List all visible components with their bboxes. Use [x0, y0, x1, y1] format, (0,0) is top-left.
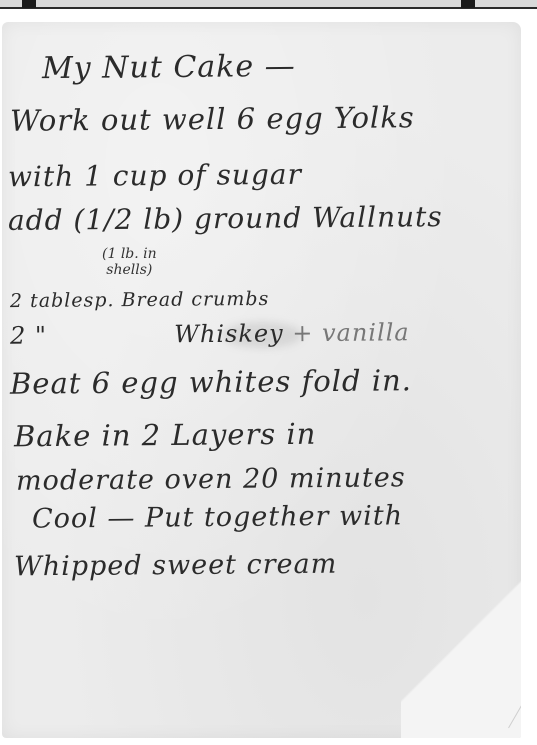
recipe-line-1: Work out well 6 egg Yolks	[10, 100, 415, 138]
recipe-line-9: Cool — Put together with	[32, 500, 403, 534]
scanner-edge	[0, 0, 537, 9]
scanner-clip-right	[461, 0, 475, 8]
recipe-line-6: Beat 6 egg whites fold in.	[10, 363, 412, 401]
recipe-line-10: Whipped sweet cream	[14, 549, 338, 583]
annotation-line-2: shells)	[102, 262, 157, 278]
line-5-vanilla: + vanilla	[292, 318, 410, 347]
walnut-annotation: (1 lb. in shells)	[102, 246, 157, 278]
recipe-card: My Nut Cake — Work out well 6 egg Yolks …	[2, 22, 521, 738]
recipe-line-4: 2 tablesp. Bread crumbs	[10, 288, 269, 312]
annotation-line-1: (1 lb. in	[102, 246, 157, 262]
recipe-title: My Nut Cake —	[42, 49, 296, 86]
recipe-line-5: 2 " Whiskey + vanilla	[10, 318, 410, 349]
scanner-clip-left	[22, 0, 36, 8]
line-5-prefix: 2 "	[10, 321, 47, 349]
folded-corner	[401, 548, 521, 738]
line-5-whiskey: Whiskey	[174, 319, 284, 348]
recipe-line-8: moderate oven 20 minutes	[16, 462, 406, 496]
recipe-line-7: Bake in 2 Layers in	[14, 417, 317, 454]
recipe-line-2: with 1 cup of sugar	[8, 158, 302, 194]
recipe-line-3: add (1/2 lb) ground Wallnuts	[8, 200, 443, 237]
